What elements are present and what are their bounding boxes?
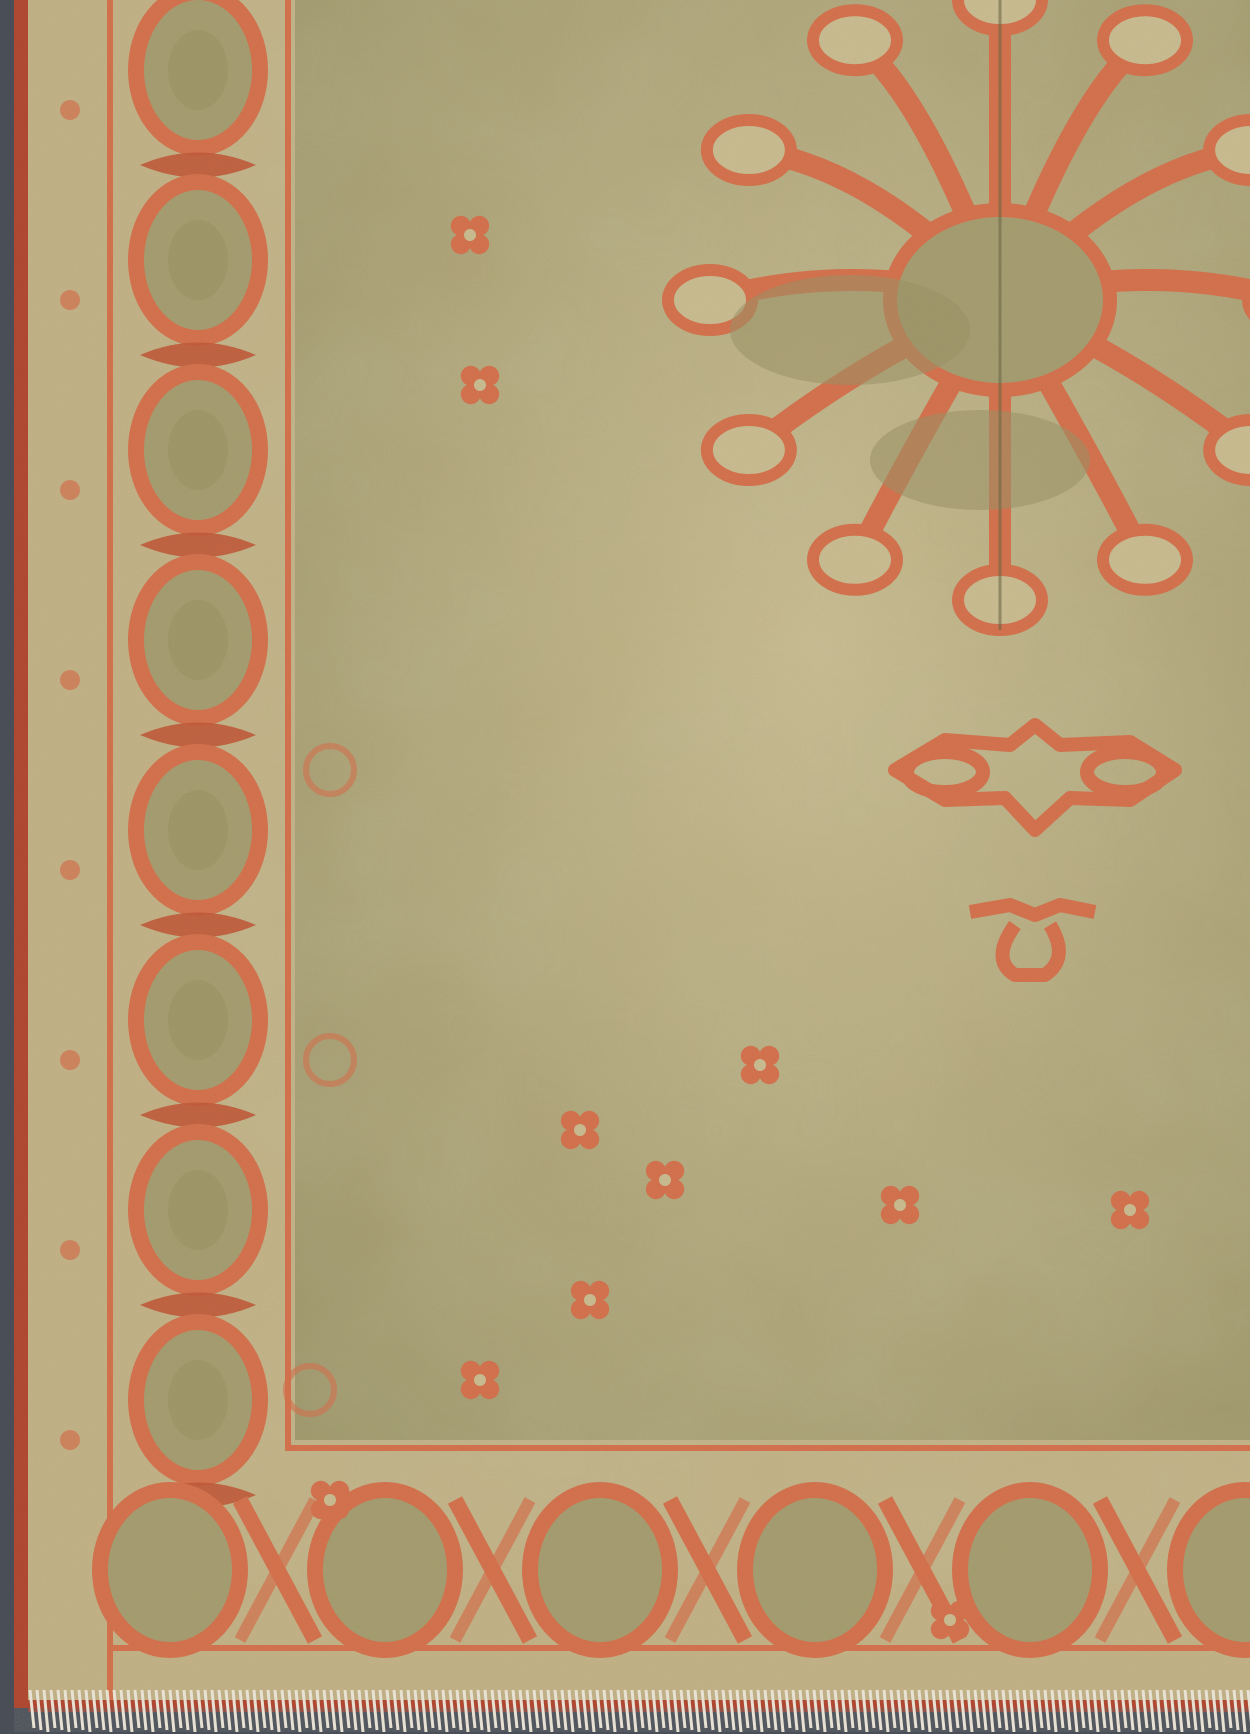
rug-artwork xyxy=(0,0,1250,1734)
rug-body xyxy=(14,0,1250,1732)
rug-photo: Close-up photograph of the top-left quad… xyxy=(0,0,1250,1734)
